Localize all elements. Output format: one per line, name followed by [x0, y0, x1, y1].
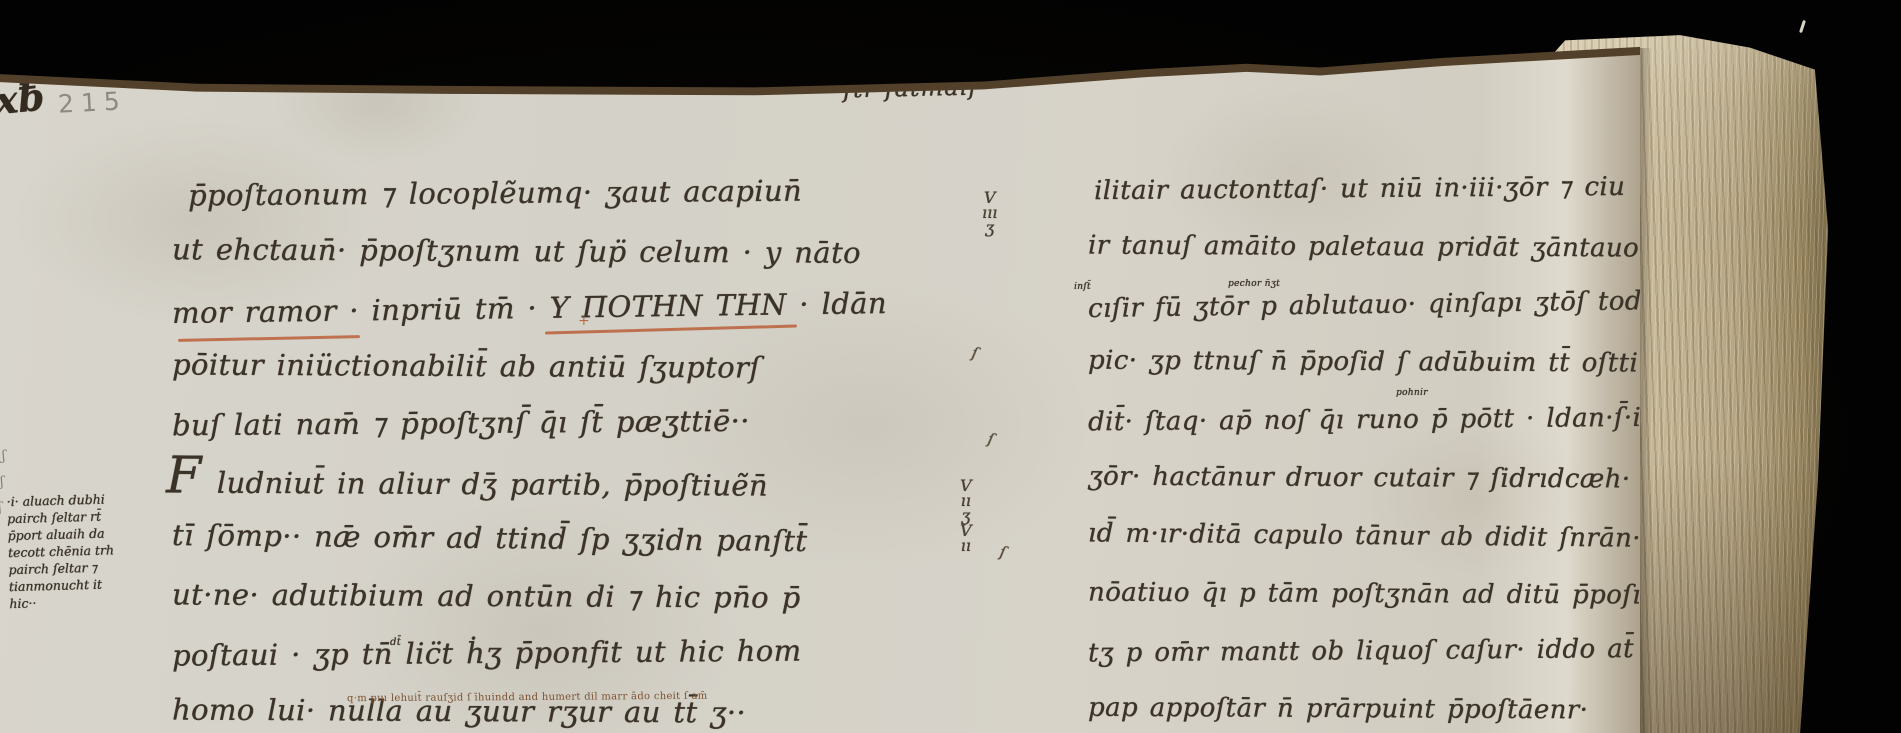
interlinear-gloss: pohnir	[1396, 388, 1428, 398]
manuscript-page: xƀ 215 ſtr fatmāiſ ʃ ʃ ʃ p̄poſtaonum ⁊ l…	[0, 0, 1640, 733]
text-line: buſ lati nam̄ ⁊ p̄poſtʒnſ̄ q̄ı ſt̄ pæʒtt…	[172, 398, 750, 449]
text-line: ir tanuſ amāito paletaua pridāt ʒāntauo	[1088, 222, 1639, 271]
intercolumn-mark-upper: V ııı ʒ	[982, 190, 997, 235]
gutter-flourishes: ʃ ʃ ʃ	[0, 443, 7, 521]
text-column-right: ilitair auctonttaſ· ut niū in·iii·ʒōr ⁊ …	[1088, 166, 1633, 733]
intercolumn-mark-lower: V ıı ʒ V ıı	[960, 478, 972, 553]
rubric-cross-mark: +	[578, 313, 590, 329]
intercolumn-squiggle: ſ	[998, 543, 1007, 562]
text-line: ut ehctaun̄· p̄poſtʒnum ut ſup̈ celum · …	[172, 226, 861, 276]
text-line: pōitur iniüctionabilit̄ ab antiū ſʒuptor…	[172, 341, 761, 390]
intercolumn-squiggle: ſ	[986, 430, 995, 449]
text-column-left: p̄poſtaonum ⁊ locoplẽumq· ʒaut acapiun̄ …	[172, 170, 837, 733]
interlinear-gloss: pechor n̄ʒt	[1228, 279, 1280, 289]
intercolumn-squiggle: ſ	[970, 344, 979, 363]
text-line: p̄poſtaonum ⁊ locoplẽumq· ʒaut acapiun̄	[188, 168, 802, 219]
text-line: pap appoſtār n̄ prārpuint p̄poſtāenr·	[1088, 685, 1589, 733]
text-line: ʒōr· hactānur druor cutair ⁊ ſidrıdcæh·	[1088, 454, 1631, 503]
text-line: ut·ne· adutibium ad ontūn di ⁊ hic pn̄o …	[172, 571, 801, 620]
marginal-gloss: ·i· aluach dubhi pairch ſeltar rt̄ p̄por…	[6, 489, 169, 612]
text-line: pic· ʒp ttnuſ n̄ p̄poſid ſ adūbuim tt̄ o…	[1088, 338, 1638, 387]
text-line: F ludniut̄ in aliur dʒ̄ partib, p̄poſtiu…	[166, 456, 768, 508]
folio-number-pencil: 215	[57, 86, 127, 119]
marginal-gloss-line: hic··	[9, 591, 169, 612]
interlinear-gloss: inſt̄	[1074, 282, 1091, 292]
text-line: poſtaui · ʒp tn̄ lic̈t ḣʒ p̄ponfit ut hi…	[172, 628, 802, 679]
text-line: ıd̄ m·ır·ditā capulo tānur ab didit ſnrā…	[1088, 510, 1641, 561]
text-line: cıſir fū ʒtōr p ablutauo· qinſapı ʒtōſ t…	[1088, 278, 1658, 332]
text-line: nōatiuo q̄ı p tām poſtʒnān ad ditū p̄poſ…	[1088, 569, 1641, 618]
interlinear-gloss: dt̄	[390, 637, 401, 648]
text-line: dit̄· ſtaq· ap̄ noſ q̄ı runo p̄ pōtt · l…	[1088, 395, 1659, 445]
text-line: tʒ p om̄r mantt ob liquoſ caſur· iddo at…	[1088, 626, 1695, 677]
text-line: ilitair auctonttaſ· ut niū in·iii·ʒōr ⁊ …	[1094, 164, 1626, 214]
text-line: tī ſōmp·· nǣ om̄r ad ttind̄ ſp ʒʒidn pan…	[172, 512, 808, 564]
